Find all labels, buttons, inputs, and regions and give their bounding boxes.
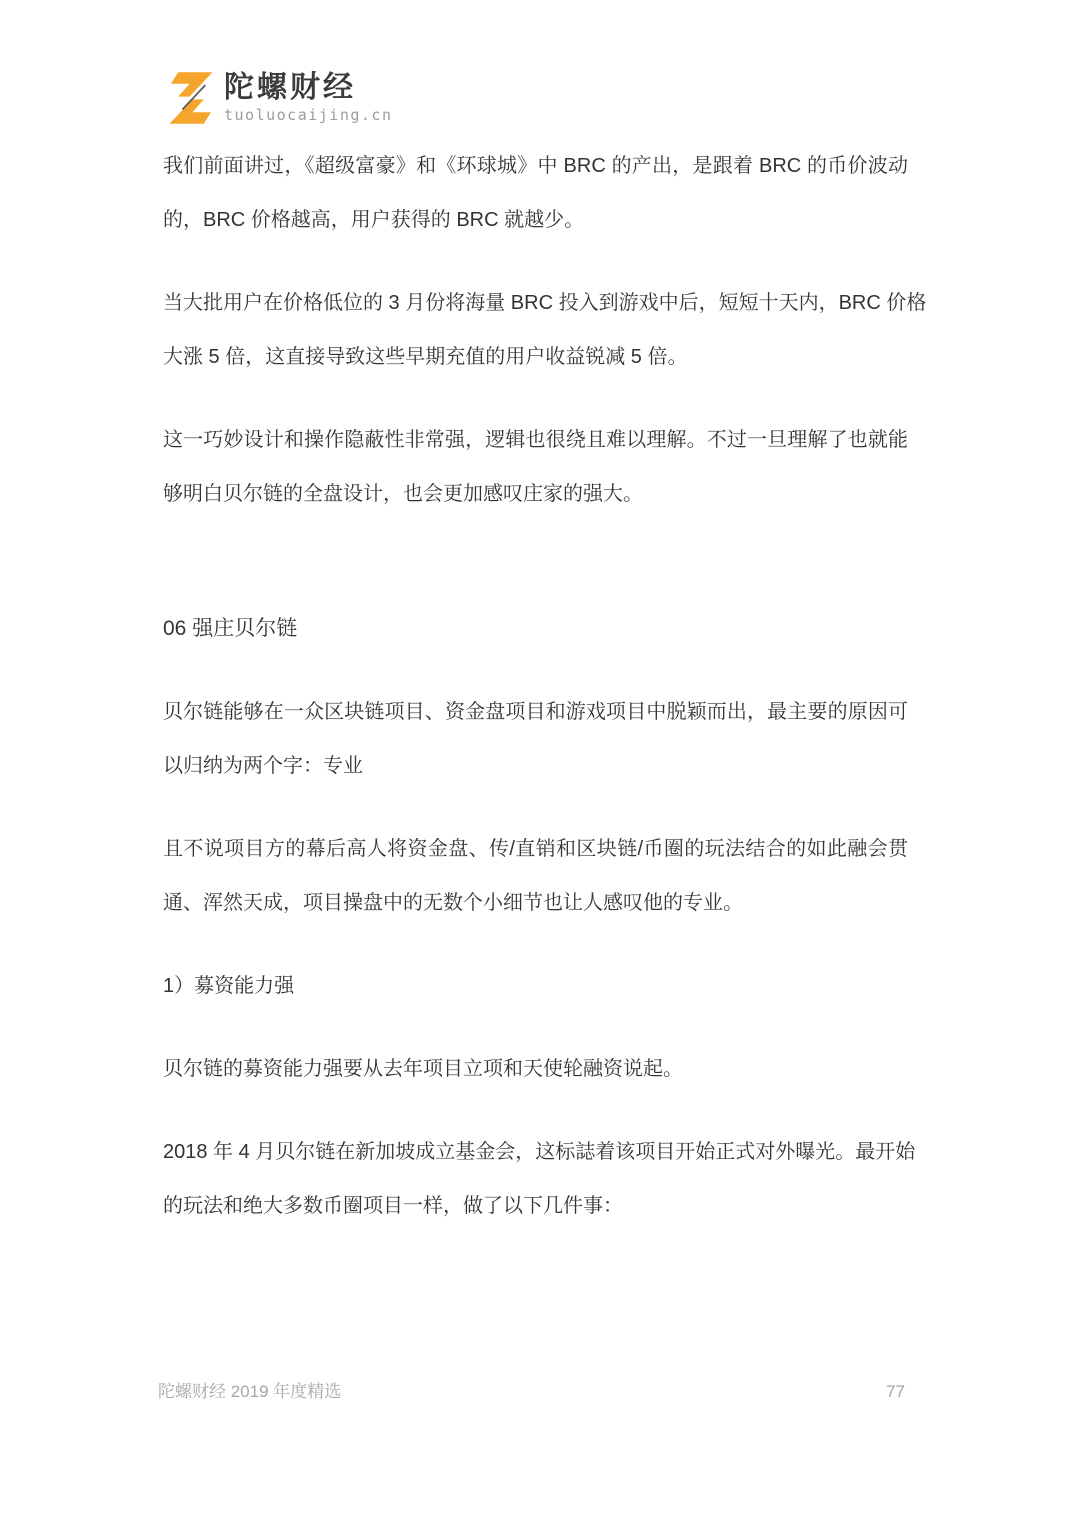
brand-name: 陀螺财经 <box>224 72 393 104</box>
text-line: 大涨 5 倍，这直接导致这些早期充值的用户收益锐减 5 倍。 <box>163 330 908 384</box>
text-line: 我们前面讲过，《超级富豪》和《环球城》中 BRC 的产出，是跟着 BRC 的币价… <box>163 139 908 193</box>
section-heading: 06 强庄贝尔链 <box>163 602 908 656</box>
tuoluo-z-logo-icon <box>165 68 217 128</box>
text-line: 以归纳为两个字：专业 <box>163 739 908 793</box>
document-page: 陀螺财经 tuoluocaijing.cn 我们前面讲过，《超级富豪》和《环球城… <box>0 0 1080 1527</box>
text-line: 2018 年 4 月贝尔链在新加坡成立基金会，这标誌着该项目开始正式对外曝光。最… <box>163 1125 908 1179</box>
text-line: 的，BRC 价格越高，用户获得的 BRC 就越少。 <box>163 193 908 247</box>
paragraph-6: 贝尔链的募资能力强要从去年项目立项和天使轮融资说起。 <box>163 1042 908 1096</box>
text-line: 通、浑然天成，项目操盘中的无数个小细节也让人感叹他的专业。 <box>163 876 908 930</box>
text-line: 够明白贝尔链的全盘设计，也会更加感叹庄家的强大。 <box>163 467 908 521</box>
article-body: 我们前面讲过，《超级富豪》和《环球城》中 BRC 的产出，是跟着 BRC 的币价… <box>163 139 908 1262</box>
text-line: 这一巧妙设计和操作隐蔽性非常强，逻辑也很绕且难以理解。不过一旦理解了也就能 <box>163 413 908 467</box>
text-line: 且不说项目方的幕后高人将资金盘、传/直销和区块链/币圈的玩法结合的如此融会贯 <box>163 822 908 876</box>
paragraph-2: 当大批用户在价格低位的 3 月份将海量 BRC 投入到游戏中后，短短十天内，BR… <box>163 276 908 384</box>
page-number: 77 <box>886 1378 905 1406</box>
paragraph-1: 我们前面讲过，《超级富豪》和《环球城》中 BRC 的产出，是跟着 BRC 的币价… <box>163 139 908 247</box>
text-line: 当大批用户在价格低位的 3 月份将海量 BRC 投入到游戏中后，短短十天内，BR… <box>163 276 908 330</box>
text-line: 贝尔链能够在一众区块链项目、资金盘项目和游戏项目中脱颖而出，最主要的原因可 <box>163 685 908 739</box>
brand-logo: 陀螺财经 tuoluocaijing.cn <box>165 68 393 128</box>
text-line: 1）募资能力强 <box>163 959 908 1013</box>
text-line: 贝尔链的募资能力强要从去年项目立项和天使轮融资说起。 <box>163 1042 908 1096</box>
footer-title: 陀螺财经 2019 年度精选 <box>158 1378 341 1406</box>
brand-domain: tuoluocaijing.cn <box>224 106 393 124</box>
paragraph-5: 且不说项目方的幕后高人将资金盘、传/直销和区块链/币圈的玩法结合的如此融会贯 通… <box>163 822 908 930</box>
sub-heading: 1）募资能力强 <box>163 959 908 1013</box>
paragraph-3: 这一巧妙设计和操作隐蔽性非常强，逻辑也很绕且难以理解。不过一旦理解了也就能 够明… <box>163 413 908 521</box>
brand-text: 陀螺财经 tuoluocaijing.cn <box>224 68 393 124</box>
page-footer: 陀螺财经 2019 年度精选 77 <box>158 1378 905 1406</box>
paragraph-4: 贝尔链能够在一众区块链项目、资金盘项目和游戏项目中脱颖而出，最主要的原因可 以归… <box>163 685 908 793</box>
paragraph-7: 2018 年 4 月贝尔链在新加坡成立基金会，这标誌着该项目开始正式对外曝光。最… <box>163 1125 908 1233</box>
text-line: 的玩法和绝大多数币圈项目一样，做了以下几件事： <box>163 1179 908 1233</box>
